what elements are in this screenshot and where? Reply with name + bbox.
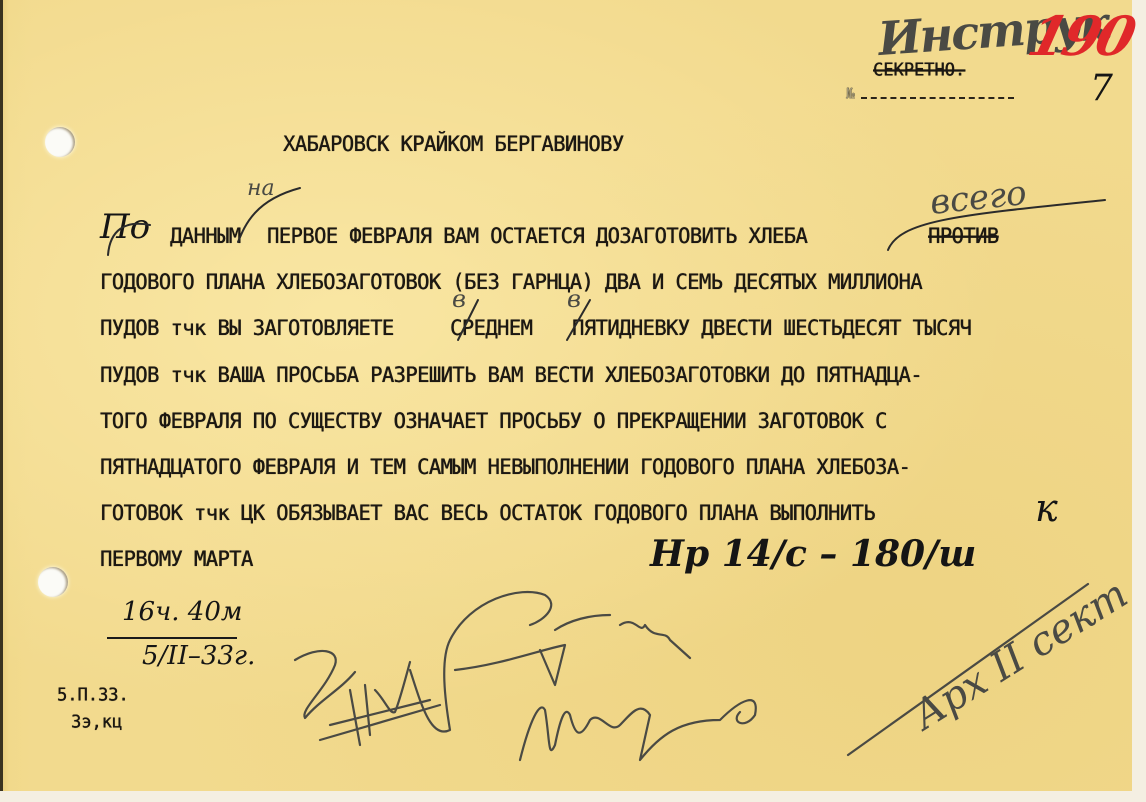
handwritten-k: к xyxy=(1035,486,1058,530)
classification-number-line xyxy=(861,97,1014,99)
time-note: 16ч. 40м xyxy=(122,597,242,627)
red-document-number: 190 xyxy=(1022,4,1139,68)
classification-stamp: СЕКРЕТНО. xyxy=(873,60,965,81)
body-line-3-part-c: ПЯТИДНЕВКУ ДВЕСТИ ШЕСТЬДЕСЯТ ТЫСЯЧ xyxy=(572,315,971,340)
insertion-v-2: в xyxy=(567,285,581,313)
typed-footer-initials: 3э,кц xyxy=(71,712,122,733)
punch-hole-top xyxy=(45,127,75,157)
body-line-2: ГОДОВОГО ПЛАНА ХЛЕБОЗАГОТОВОК (БЕЗ ГАРНЦ… xyxy=(100,269,922,294)
insertion-na: на xyxy=(247,176,275,201)
page-number: 7 xyxy=(1090,68,1113,109)
body-line-7: ГОТОВОК тчк ЦК ОБЯЗЫВАЕТ ВАС ВЕСЬ ОСТАТО… xyxy=(100,500,875,525)
body-line-6: ПЯТНАДЦАТОГО ФЕВРАЛЯ И ТЕМ САМЫМ НЕВЫПОЛ… xyxy=(100,454,910,479)
time-date-divider xyxy=(107,637,237,639)
body-line-5: ТОГО ФЕВРАЛЯ ПО СУЩЕСТВУ ОЗНАЧАЕТ ПРОСЬБ… xyxy=(100,408,887,433)
body-line-1-part-b: ПЕРВОЕ ФЕВРАЛЯ ВАМ ОСТАЕТСЯ ДОЗАГОТОВИТЬ… xyxy=(267,223,807,248)
struck-word-protiv: ПРОТИВ xyxy=(928,223,998,248)
date-note: 5/II–33г. xyxy=(142,641,255,671)
reference-number: Нр 14/с – 180/ш xyxy=(650,533,976,575)
body-line-3-part-a: ПУДОВ тчк ВЫ ЗАГОТОВЛЯЕТЕ xyxy=(100,315,394,340)
body-line-4: ПУДОВ тчк ВАША ПРОСЬБА РАЗРЕШИТЬ ВАМ ВЕС… xyxy=(100,362,922,387)
insertion-v-1: в xyxy=(452,285,466,313)
body-line-1-part-a: ДАННЫМ xyxy=(170,223,240,248)
punch-hole-bottom xyxy=(38,567,68,597)
classification-number-prefix: № xyxy=(846,86,854,103)
typed-footer-date: 5.П.33. xyxy=(57,685,129,706)
body-line-8: ПЕРВОМУ МАРТА xyxy=(100,546,253,571)
handwritten-first-word: По xyxy=(100,207,150,247)
addressee-line: ХАБАРОВСК КРАЙКОМ БЕРГАВИНОВУ xyxy=(283,131,624,156)
body-line-3-part-b: СРЕДНЕМ xyxy=(450,315,532,340)
